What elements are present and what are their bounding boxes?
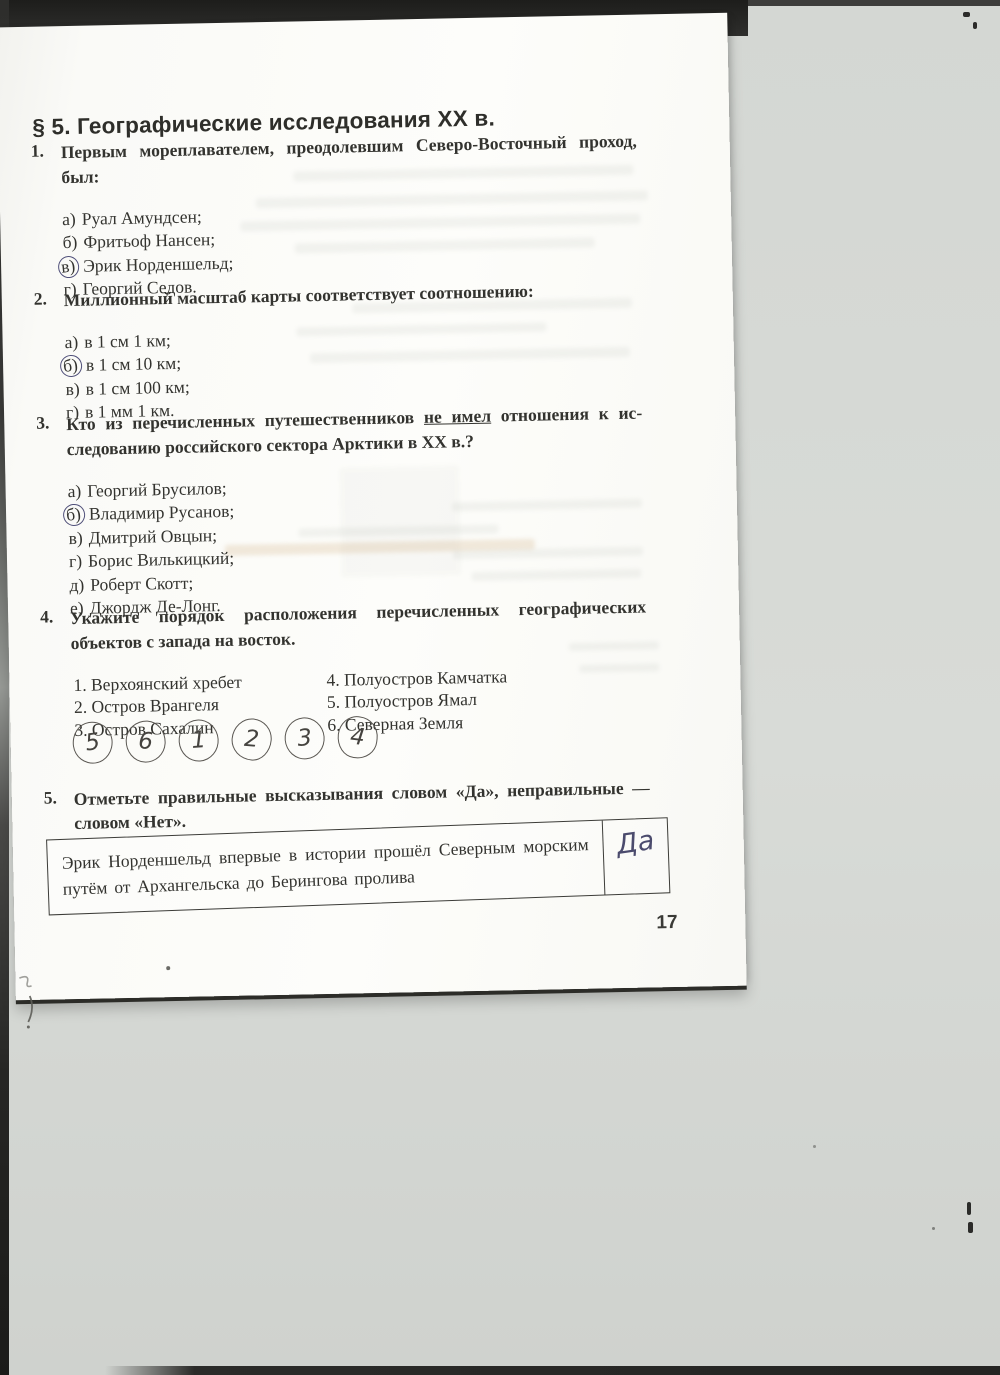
question-1: 1. Первым мореплавателем, преодолевшим С… bbox=[31, 129, 640, 303]
question-number: 1. bbox=[31, 141, 45, 162]
handwritten-digit: 6 bbox=[138, 728, 154, 755]
option-letter: а) bbox=[67, 479, 81, 503]
scan-speck bbox=[968, 1222, 973, 1233]
workbook-page: § 5. Географические исследования XX в. 1… bbox=[0, 13, 747, 1000]
list-item: 4. Полуостров Камчатка bbox=[326, 665, 507, 691]
option-text: Эрик Норденшельд; bbox=[83, 251, 234, 278]
question-text-part: Кто из перечисленных путешественников bbox=[66, 407, 424, 434]
scanned-book-photo: { "title": "§ 5. Географические исследов… bbox=[0, 0, 1000, 1375]
option-text: в 1 см 100 км; bbox=[85, 375, 189, 401]
option-letter: б) bbox=[62, 231, 77, 255]
option-text: в 1 см 10 км; bbox=[86, 352, 182, 377]
option-letter: д) bbox=[69, 573, 84, 597]
scan-speck bbox=[967, 1202, 971, 1215]
ink-dot bbox=[166, 966, 170, 970]
question-number: 3. bbox=[36, 412, 50, 433]
question-3: 3. Кто из перечисленных путешественников… bbox=[36, 401, 646, 622]
question-text: Кто из перечисленных путешественников не… bbox=[66, 401, 643, 463]
book-bottom-edge bbox=[105, 1366, 1000, 1375]
handwritten-digit: 2 bbox=[243, 726, 260, 753]
option-text: Фритьоф Нансен; bbox=[83, 228, 215, 254]
option-text: Борис Вилькицкий; bbox=[88, 547, 235, 573]
page-number: 17 bbox=[656, 912, 678, 934]
answer-cell: Да bbox=[603, 818, 670, 894]
answer-circle: 4 bbox=[335, 714, 380, 760]
handwritten-answer: Да bbox=[615, 825, 657, 861]
scan-speck bbox=[963, 12, 970, 17]
option-letter: г) bbox=[69, 550, 82, 574]
option-letter-circled: в) bbox=[57, 254, 80, 278]
pen-squiggle bbox=[15, 972, 42, 1033]
option-text: Георгий Брусилов; bbox=[87, 476, 227, 502]
handwritten-digit: 5 bbox=[84, 729, 102, 757]
option-text: Роберт Скотт; bbox=[90, 571, 193, 597]
question-text: Укажите порядок расположения перечисленн… bbox=[70, 595, 647, 657]
answer-circle: 1 bbox=[177, 718, 220, 763]
handwritten-answer-sequence: 5 6 1 2 3 4 bbox=[72, 716, 378, 764]
option-letter: в) bbox=[68, 526, 83, 550]
option-text: Дмитрий Овцын; bbox=[88, 524, 217, 550]
scan-speck bbox=[932, 1227, 935, 1230]
option-letter: а) bbox=[62, 207, 76, 231]
handwritten-digit: 4 bbox=[349, 724, 367, 752]
option-letter-circled: б) bbox=[62, 503, 86, 527]
option-letter: в) bbox=[65, 377, 80, 401]
handwritten-digit: 1 bbox=[190, 727, 206, 754]
answer-circle: 2 bbox=[230, 717, 273, 762]
underlined-phrase: не имел bbox=[424, 406, 492, 427]
answer-circle: 3 bbox=[283, 716, 327, 761]
handwritten-digit: 3 bbox=[296, 725, 313, 752]
question-number: 4. bbox=[40, 606, 54, 627]
scan-speck bbox=[813, 1145, 816, 1148]
answer-circle: 6 bbox=[125, 720, 167, 764]
answer-circle: 5 bbox=[70, 719, 116, 766]
question-number: 2. bbox=[34, 288, 48, 309]
option-text: Руал Амундсен; bbox=[82, 205, 202, 231]
option-text: Владимир Русанов; bbox=[89, 500, 235, 526]
option-text: в 1 см 1 км; bbox=[84, 328, 171, 353]
option-letter: а) bbox=[64, 330, 78, 354]
option-letter-circled: б) bbox=[59, 354, 83, 378]
question-number: 5. bbox=[44, 787, 58, 808]
question-text: Первым мореплавателем, преодолевшим Севе… bbox=[61, 129, 638, 191]
scan-speck bbox=[973, 22, 977, 29]
